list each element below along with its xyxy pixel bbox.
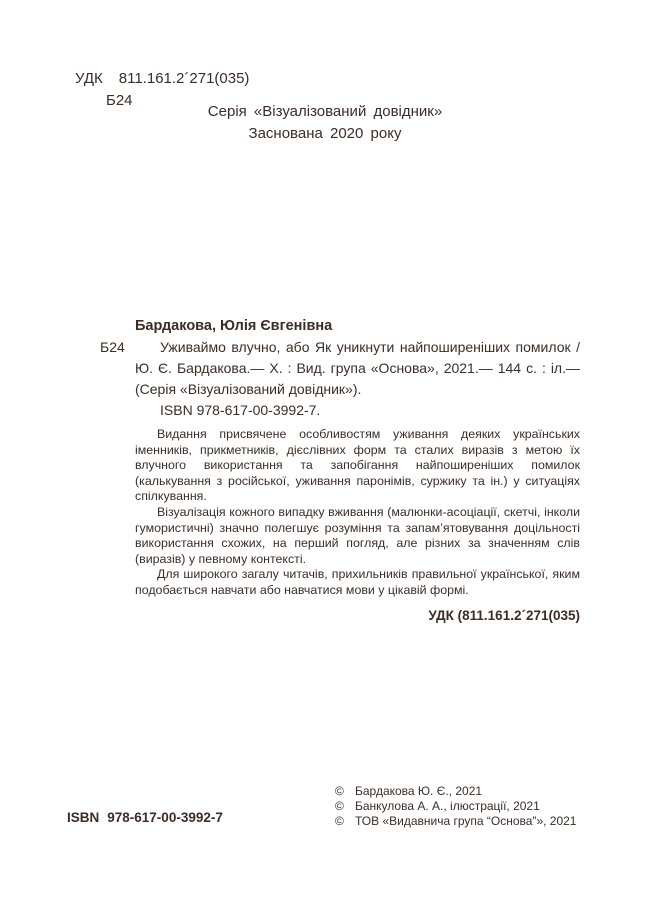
udc-footer: УДК (811.161.2´271(035) (135, 608, 580, 623)
copyright-row: © Банкулова А. А., ілюстрації, 2021 (335, 799, 576, 814)
annotation-paragraph: Візуалізація кожного випадку вживання (м… (135, 505, 580, 567)
copyright-icon: © (335, 814, 355, 829)
isbn-bottom: ISBN978-617-00-3992-7 (67, 810, 223, 825)
author-heading: Бардакова, Юлія Євгенівна (135, 316, 580, 337)
udc-row: УДК 811.161.2´271(035) (75, 68, 249, 90)
udc-label: УДК (75, 68, 103, 90)
copyright-icon: © (335, 784, 355, 799)
copyright-row: © ТОВ «Видавнича група “Основа”», 2021 (335, 814, 576, 829)
bibliographic-entry: Уживаймо влучно, або Як уникнути найпоши… (135, 337, 580, 400)
isbn-bottom-number: 978-617-00-3992-7 (107, 810, 223, 825)
copyright-icon: © (335, 799, 355, 814)
imprint-page: УДК 811.161.2´271(035) Б24 Серія «Візуал… (0, 0, 650, 900)
udc-code: 811.161.2´271(035) (119, 68, 250, 90)
copyright-text: ТОВ «Видавнича група “Основа”», 2021 (355, 814, 576, 829)
series-founded: Заснована 2020 року (0, 123, 650, 145)
isbn-line: ISBN 978-617-00-3992-7. (135, 400, 580, 421)
annotation-paragraph: Для широкого загалу читачів, прихильникі… (135, 567, 580, 598)
copyright-block: © Бардакова Ю. Є., 2021 © Банкулова А. А… (335, 784, 576, 829)
author-sign-card: Б24 (100, 339, 125, 355)
annotation-block: Видання присвячене особливостям уживання… (135, 427, 580, 599)
copyright-row: © Бардакова Ю. Є., 2021 (335, 784, 576, 799)
catalog-card: Бардакова, Юлія Євгенівна Б24 Уживаймо в… (135, 316, 580, 623)
annotation-paragraph: Видання присвячене особливостям уживання… (135, 427, 580, 505)
series-block: Серія «Візуалізований довідник» Заснован… (0, 101, 650, 145)
copyright-text: Банкулова А. А., ілюстрації, 2021 (355, 799, 540, 814)
copyright-text: Бардакова Ю. Є., 2021 (355, 784, 482, 799)
isbn-bottom-label: ISBN (67, 810, 99, 825)
series-title: Серія «Візуалізований довідник» (0, 101, 650, 123)
